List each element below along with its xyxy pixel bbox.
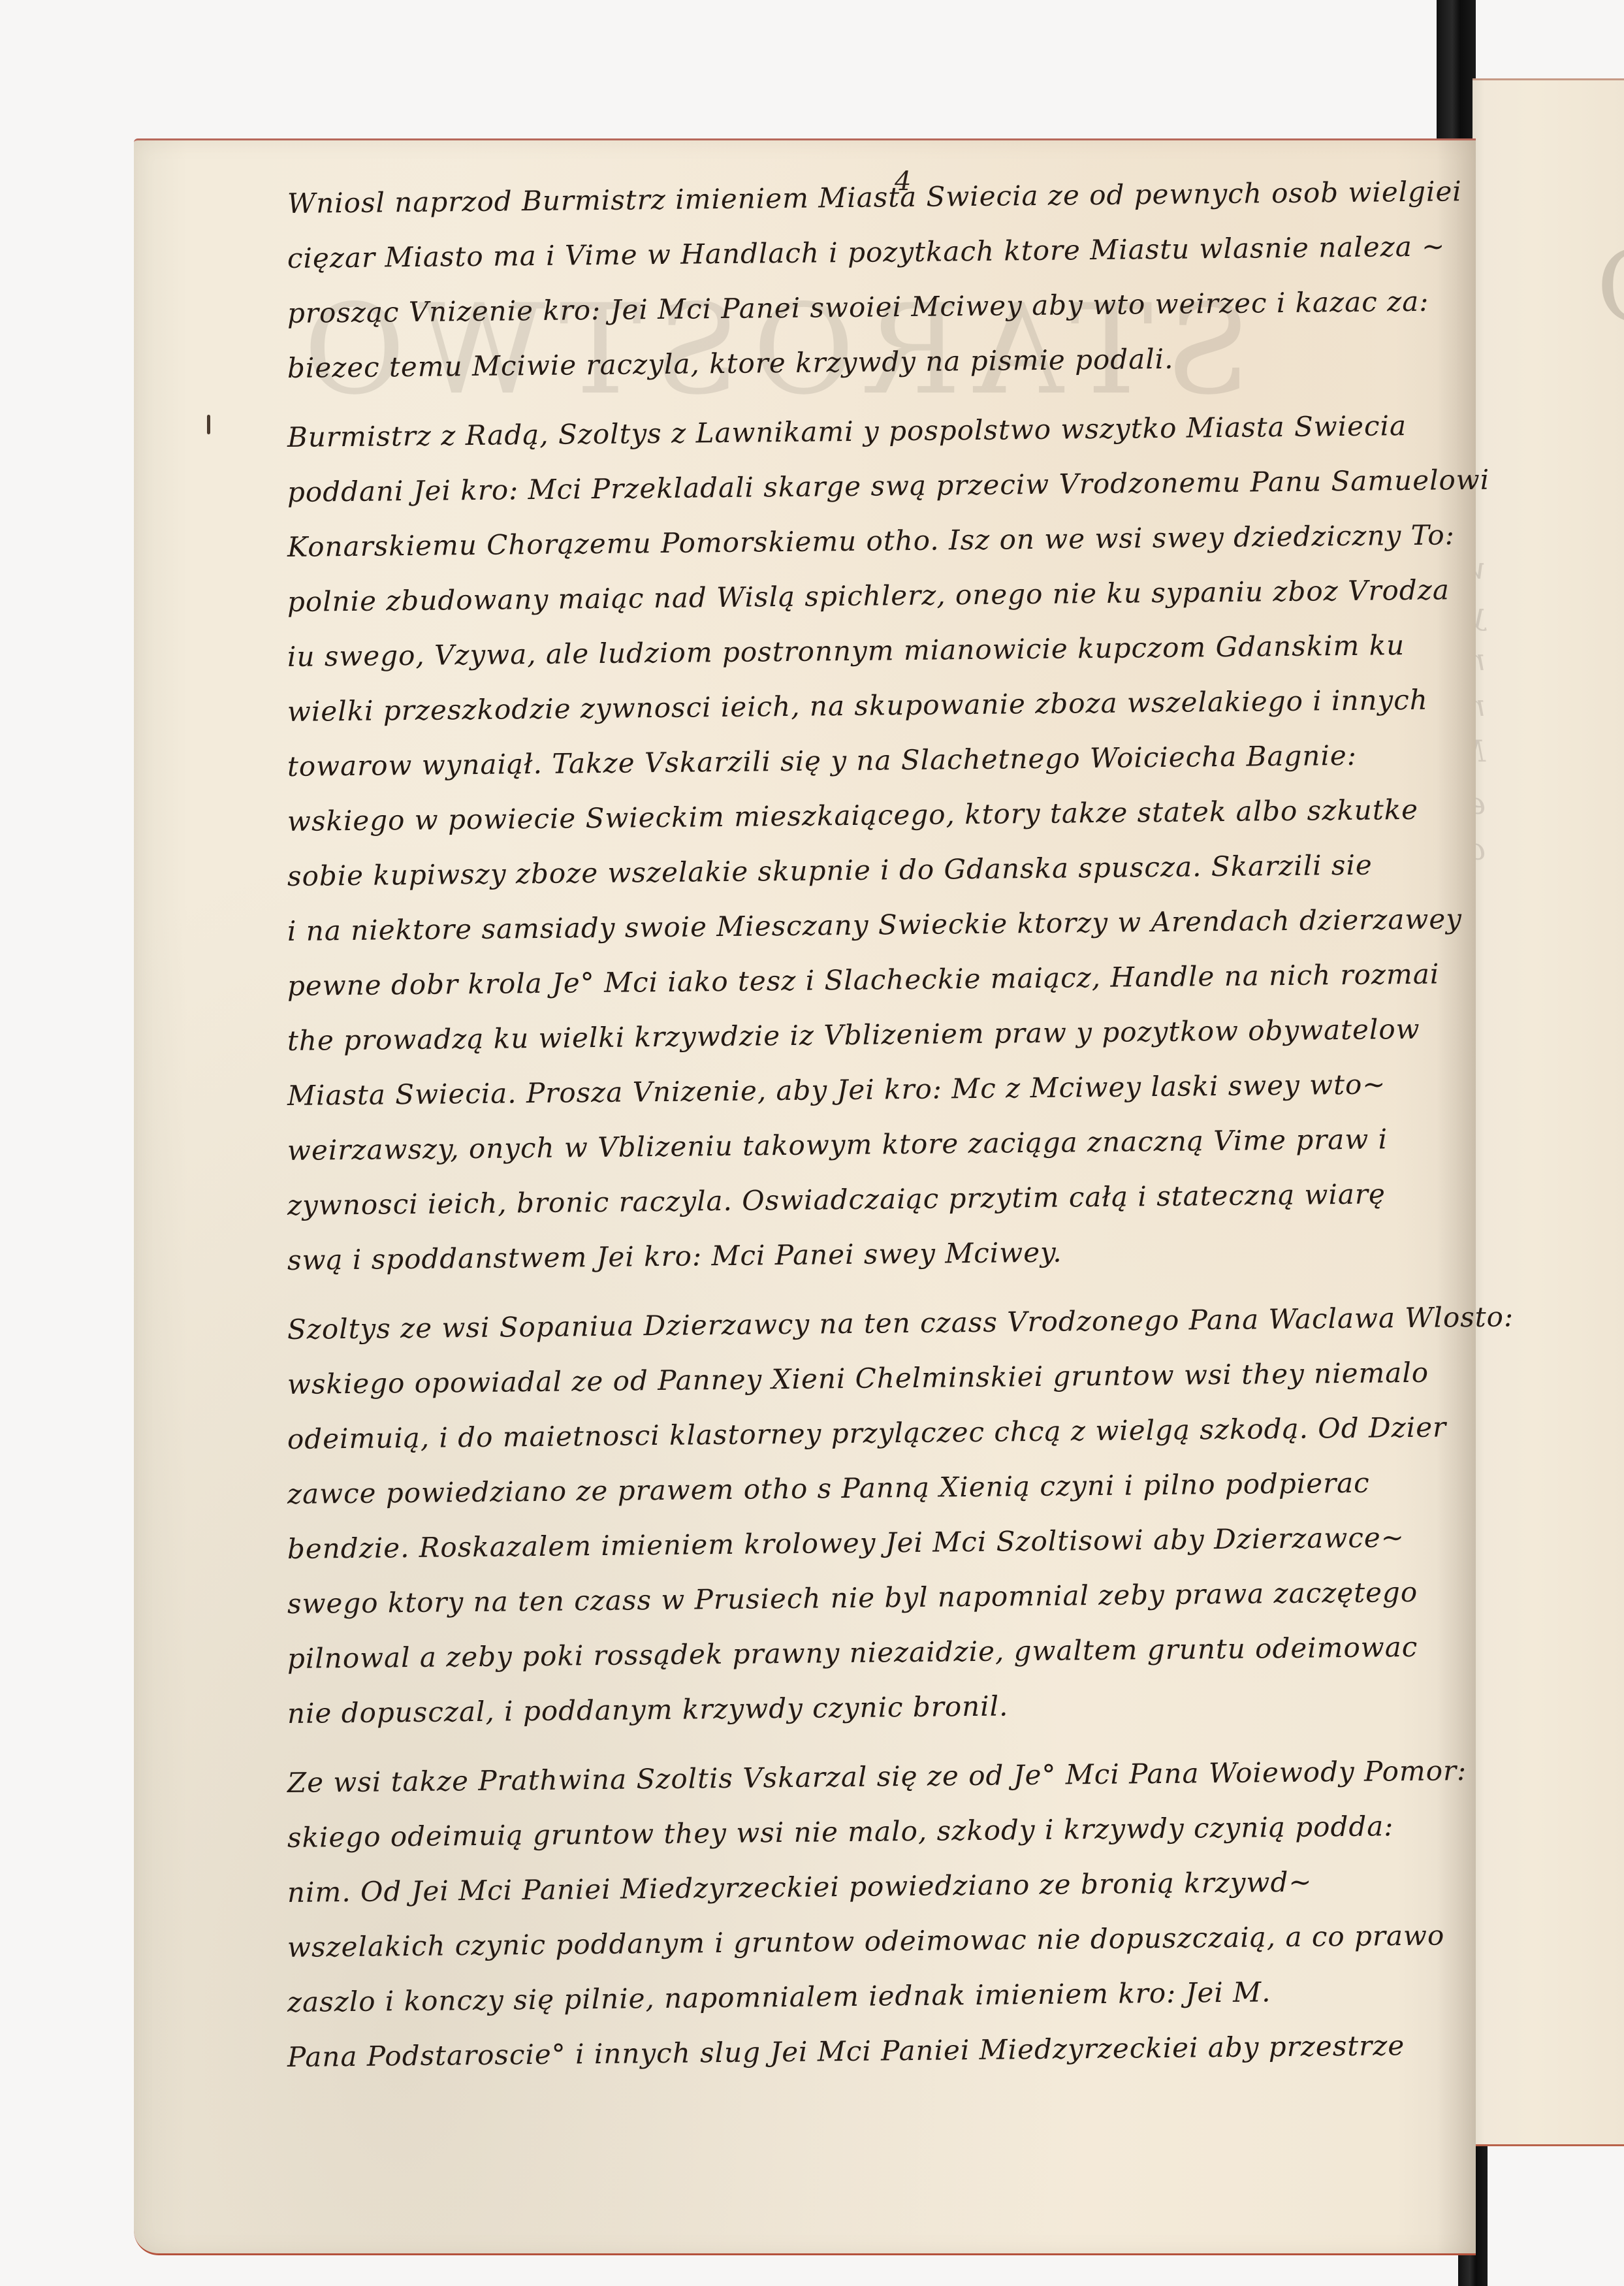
manuscript-text: Wniosl naprzod Burmistrz imieniem Miasta… <box>287 176 1476 2099</box>
margin-ink-mark <box>207 415 210 434</box>
facing-page: O w Warszaw y Mch na Semuck m Wszys Mch … <box>1473 78 1624 2146</box>
facing-page-show-through-glyph: O <box>1597 231 1624 344</box>
paragraph-prathwina-village: Ze wsi takze Prathwina Szoltis Vskarzal … <box>287 1756 1476 2085</box>
text-line: swą i spoddanstwem Jei kro: Mci Panei sw… <box>287 1221 1476 1288</box>
binding-strap-top <box>1437 0 1476 147</box>
paragraph-mayor-petition: Wniosl naprzod Burmistrz imieniem Miasta… <box>287 176 1476 396</box>
paragraph-town-complaint: Burmistrz z Radą, Szoltys z Lawnikami y … <box>287 410 1476 1288</box>
text-line: nie dopusczal, i poddanym krzywdy czynic… <box>287 1674 1476 1741</box>
text-line: biezec temu Mciwie raczyla, ktore krzywd… <box>287 329 1476 396</box>
paragraph-sopaniua-village: Szoltys ze wsi Sopaniua Dzierzawcy na te… <box>287 1302 1476 1741</box>
text-line: Pana Podstaroscie° i innych slug Jei Mci… <box>287 2018 1476 2085</box>
